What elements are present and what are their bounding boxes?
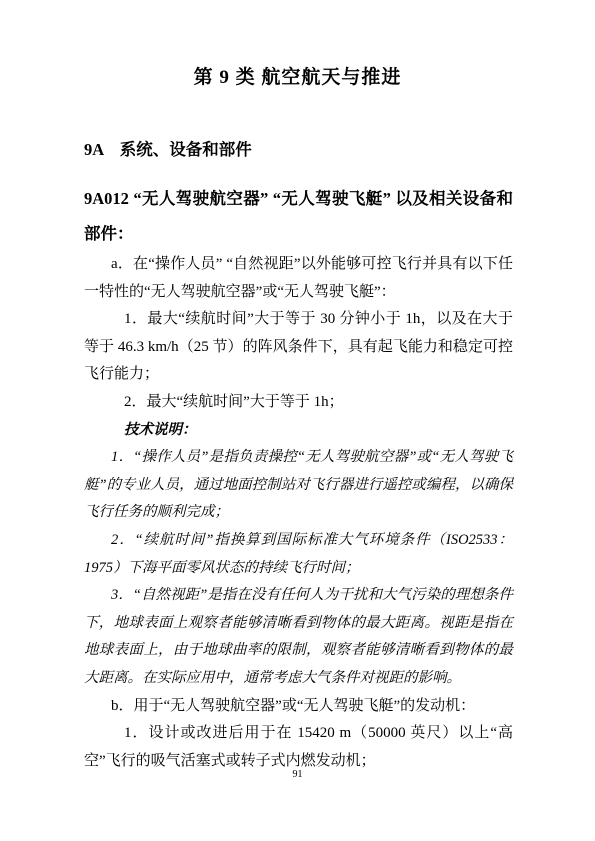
paragraph: 1．最大“续航时间”大于等于 30 分钟小于 1h，以及在大于等于 46.3 k… xyxy=(84,306,513,389)
document-page: 第 9 类 航空航天与推进 9A 系统、设备和部件 9A012 “无人驾驶航空器… xyxy=(0,0,595,841)
paragraph: a．在“操作人员” “自然视距”以外能够可控飞行并具有以下任一特性的“无人驾驶航… xyxy=(84,251,513,306)
paragraph: 1．“操作人员”是指负责操控“无人驾驶航空器”或“无人驾驶飞艇”的专业人员，通过… xyxy=(84,444,513,527)
page-number: 91 xyxy=(0,769,595,780)
paragraph: 1．设计或改进后用于在 15420 m（50000 英尺）以上“高空”飞行的吸气… xyxy=(84,720,513,775)
paragraph: b．用于“无人驾驶航空器”或“无人驾驶飞艇”的发动机： xyxy=(84,693,513,721)
paragraph: 2．“续航时间”指换算到国际标准大气环境条件（ISO2533：1975）下海平面… xyxy=(84,527,513,582)
entry-heading: 9A012 “无人驾驶航空器” “无人驾驶飞艇” 以及相关设备和部件： xyxy=(84,181,513,251)
paragraph: 2．最大“续航时间”大于等于 1h； xyxy=(84,389,513,417)
paragraph: 3．“自然视距”是指在没有任何人为干扰和大气污染的理想条件下，地球表面上观察者能… xyxy=(84,582,513,692)
paragraph: 技术说明： xyxy=(84,417,513,445)
page-title: 第 9 类 航空航天与推进 xyxy=(0,62,595,89)
content-paragraphs: a．在“操作人员” “自然视距”以外能够可控飞行并具有以下任一特性的“无人驾驶航… xyxy=(84,251,513,775)
category-heading: 9A 系统、设备和部件 xyxy=(84,136,252,160)
